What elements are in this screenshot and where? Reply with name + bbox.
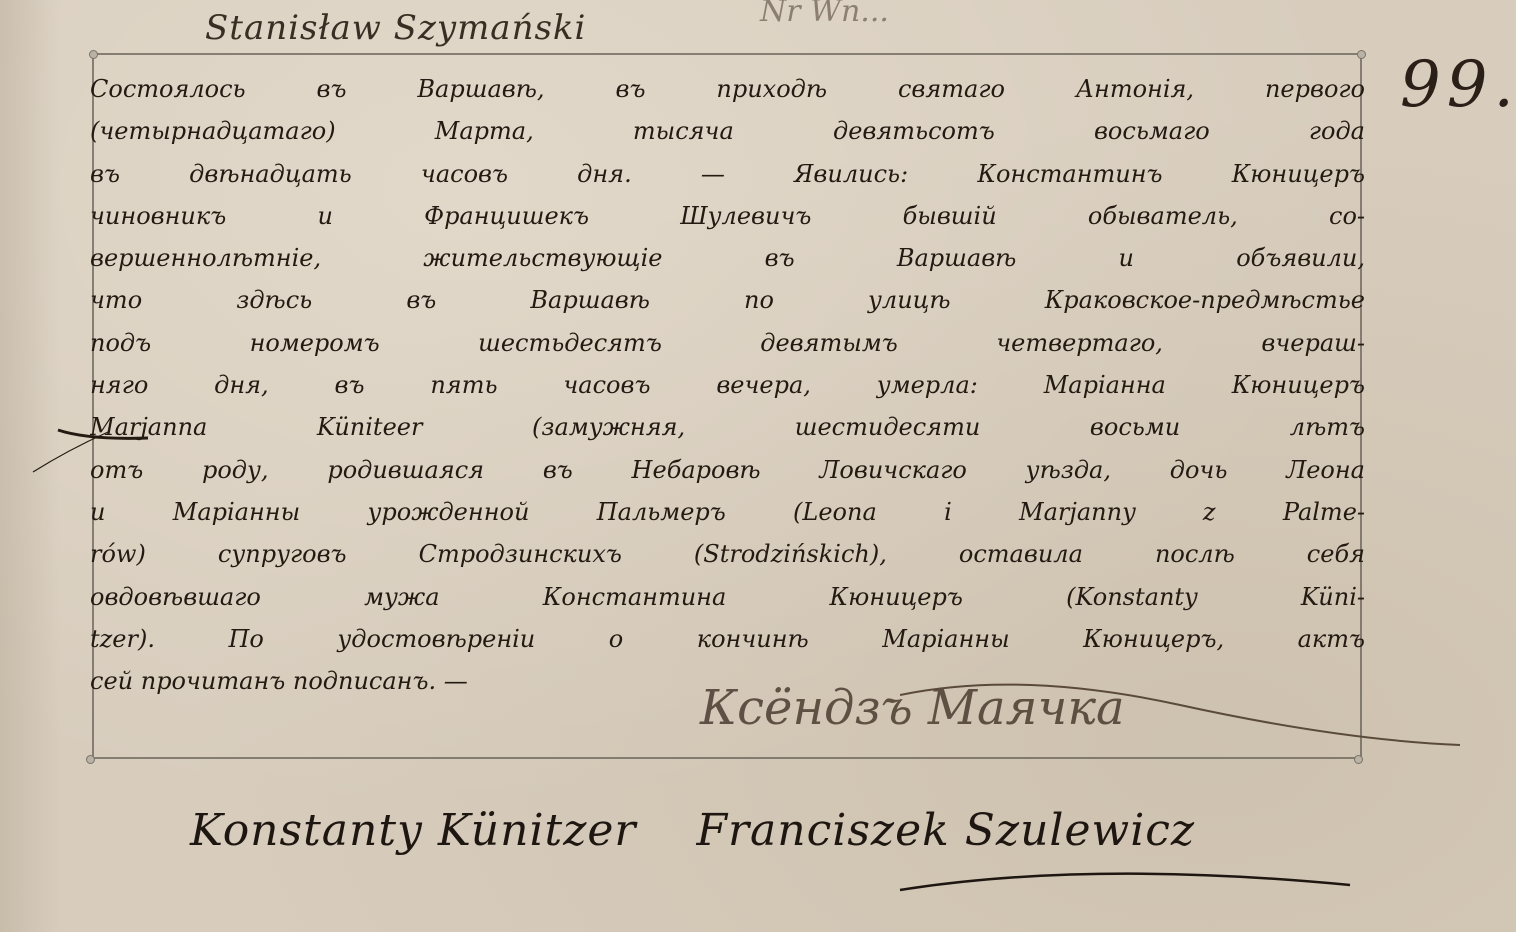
body-line: въ двѣнадцать часовъ дня. — Явились: Кон…	[90, 153, 1365, 195]
body-line: овдовѣвшаго мужа Константина Кюницеръ (K…	[90, 576, 1365, 618]
record-number: 99.	[1400, 48, 1516, 122]
margin-flourish-icon	[28, 410, 158, 480]
body-line: tzer). По удостовѣреніи о кончинѣ Маріан…	[90, 618, 1365, 660]
signature-franciszek: Franciszek Szulewicz	[696, 805, 1195, 856]
body-line: Состоялось въ Варшавѣ, въ приходѣ святаг…	[90, 68, 1365, 110]
pin-mark-bottom-right	[1354, 755, 1363, 764]
body-line: (четырнадцатаго) Марта, тысяча девятьсот…	[90, 110, 1365, 152]
header-faded-text: Nr Wn...	[760, 0, 889, 29]
body-line: rów) супруговъ Стродзинскихъ (Strodzińsk…	[90, 533, 1365, 575]
pin-mark-bottom-left	[86, 755, 95, 764]
signature-konstanty-kunitzer: Konstanty Künitzer	[190, 805, 636, 856]
frame-top-line	[92, 53, 1362, 55]
official-signature-flourish-icon	[900, 675, 1460, 755]
frame-bottom-line	[92, 757, 1362, 759]
body-line: отъ роду, родившаяся въ Небаровѣ Ловичск…	[90, 449, 1365, 491]
pin-mark-top-left	[89, 50, 98, 59]
body-line: Marjanna Küniteer (замужняя, шестидесяти…	[90, 406, 1365, 448]
pin-mark-top-right	[1357, 50, 1366, 59]
body-line: что здѣсь въ Варшавѣ по улицѣ Краковское…	[90, 279, 1365, 321]
body-line: няго дня, въ пять часовъ вечера, умерла:…	[90, 364, 1365, 406]
header-name: Stanisław Szymański	[205, 8, 586, 48]
body-line: подъ номеромъ шестьдесятъ девятымъ четве…	[90, 322, 1365, 364]
body-line: чиновникъ и Францишекъ Шулевичъ бывшій о…	[90, 195, 1365, 237]
record-body: Состоялось въ Варшавѣ, въ приходѣ святаг…	[90, 68, 1365, 702]
signature-underline-flourish-icon	[890, 860, 1370, 900]
body-line: и Маріанны урожденной Пальмеръ (Leona i …	[90, 491, 1365, 533]
body-line: вершеннолѣтніе, жительствующіе въ Варшав…	[90, 237, 1365, 279]
